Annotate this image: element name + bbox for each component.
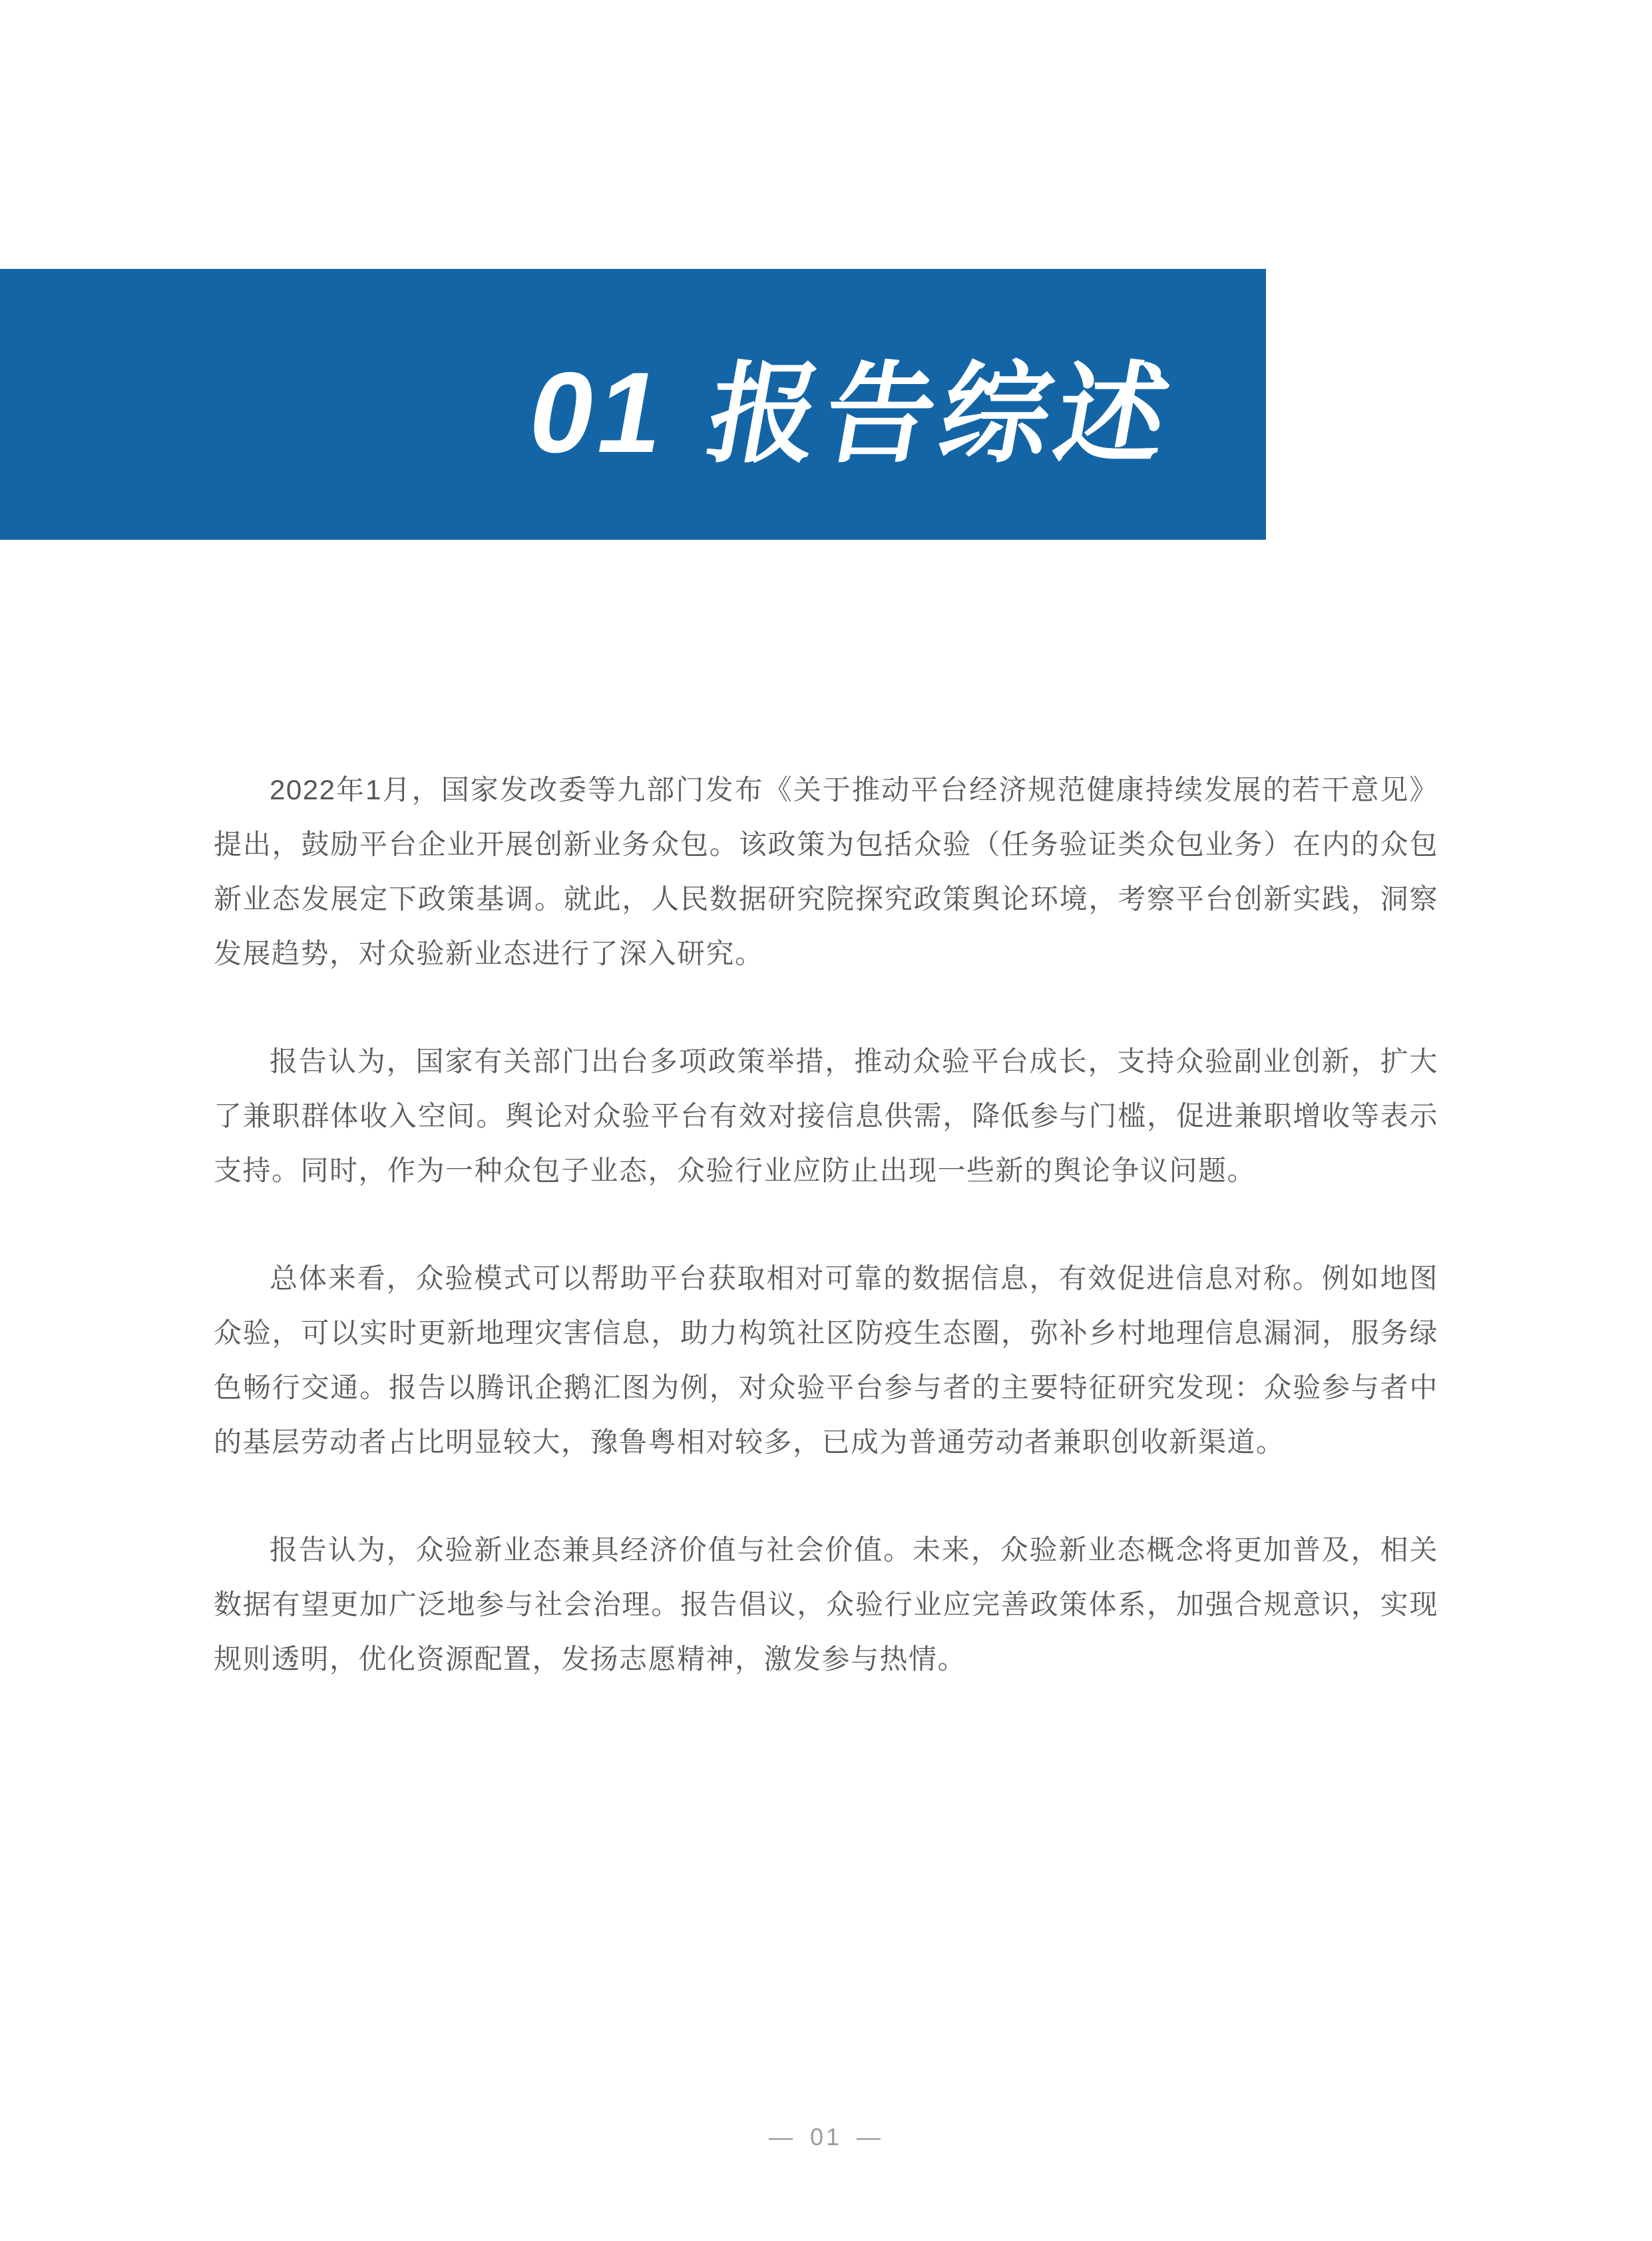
body-paragraph-3: 总体来看，众验模式可以帮助平台获取相对可靠的数据信息，有效促进信息对称。例如地图… [214, 1251, 1438, 1470]
page-number: 01 [810, 2123, 842, 2150]
chapter-number: 01 [519, 347, 678, 479]
report-body: 2022年1月，国家发改委等九部门发布《关于推动平台经济规范健康持续发展的若干意… [214, 763, 1438, 1740]
report-page: 01 报告综述 2022年1月，国家发改委等九部门发布《关于推动平台经济规范健康… [0, 0, 1652, 2241]
page-footer: —01— [0, 2121, 1652, 2154]
footer-right-dash: — [857, 2123, 883, 2150]
body-paragraph-1: 2022年1月，国家发改委等九部门发布《关于推动平台经济规范健康持续发展的若干意… [214, 763, 1438, 981]
body-paragraph-4: 报告认为，众验新业态兼具经济价值与社会价值。未来，众验新业态概念将更加普及，相关… [214, 1523, 1438, 1687]
chapter-banner: 01 报告综述 [0, 269, 1266, 540]
chapter-title: 报告综述 [698, 326, 1189, 483]
chapter-heading: 01 报告综述 [518, 326, 1189, 483]
footer-left-dash: — [769, 2123, 795, 2150]
body-paragraph-2: 报告认为，国家有关部门出台多项政策举措，推动众验平台成长，支持众验副业创新，扩大… [214, 1034, 1438, 1198]
